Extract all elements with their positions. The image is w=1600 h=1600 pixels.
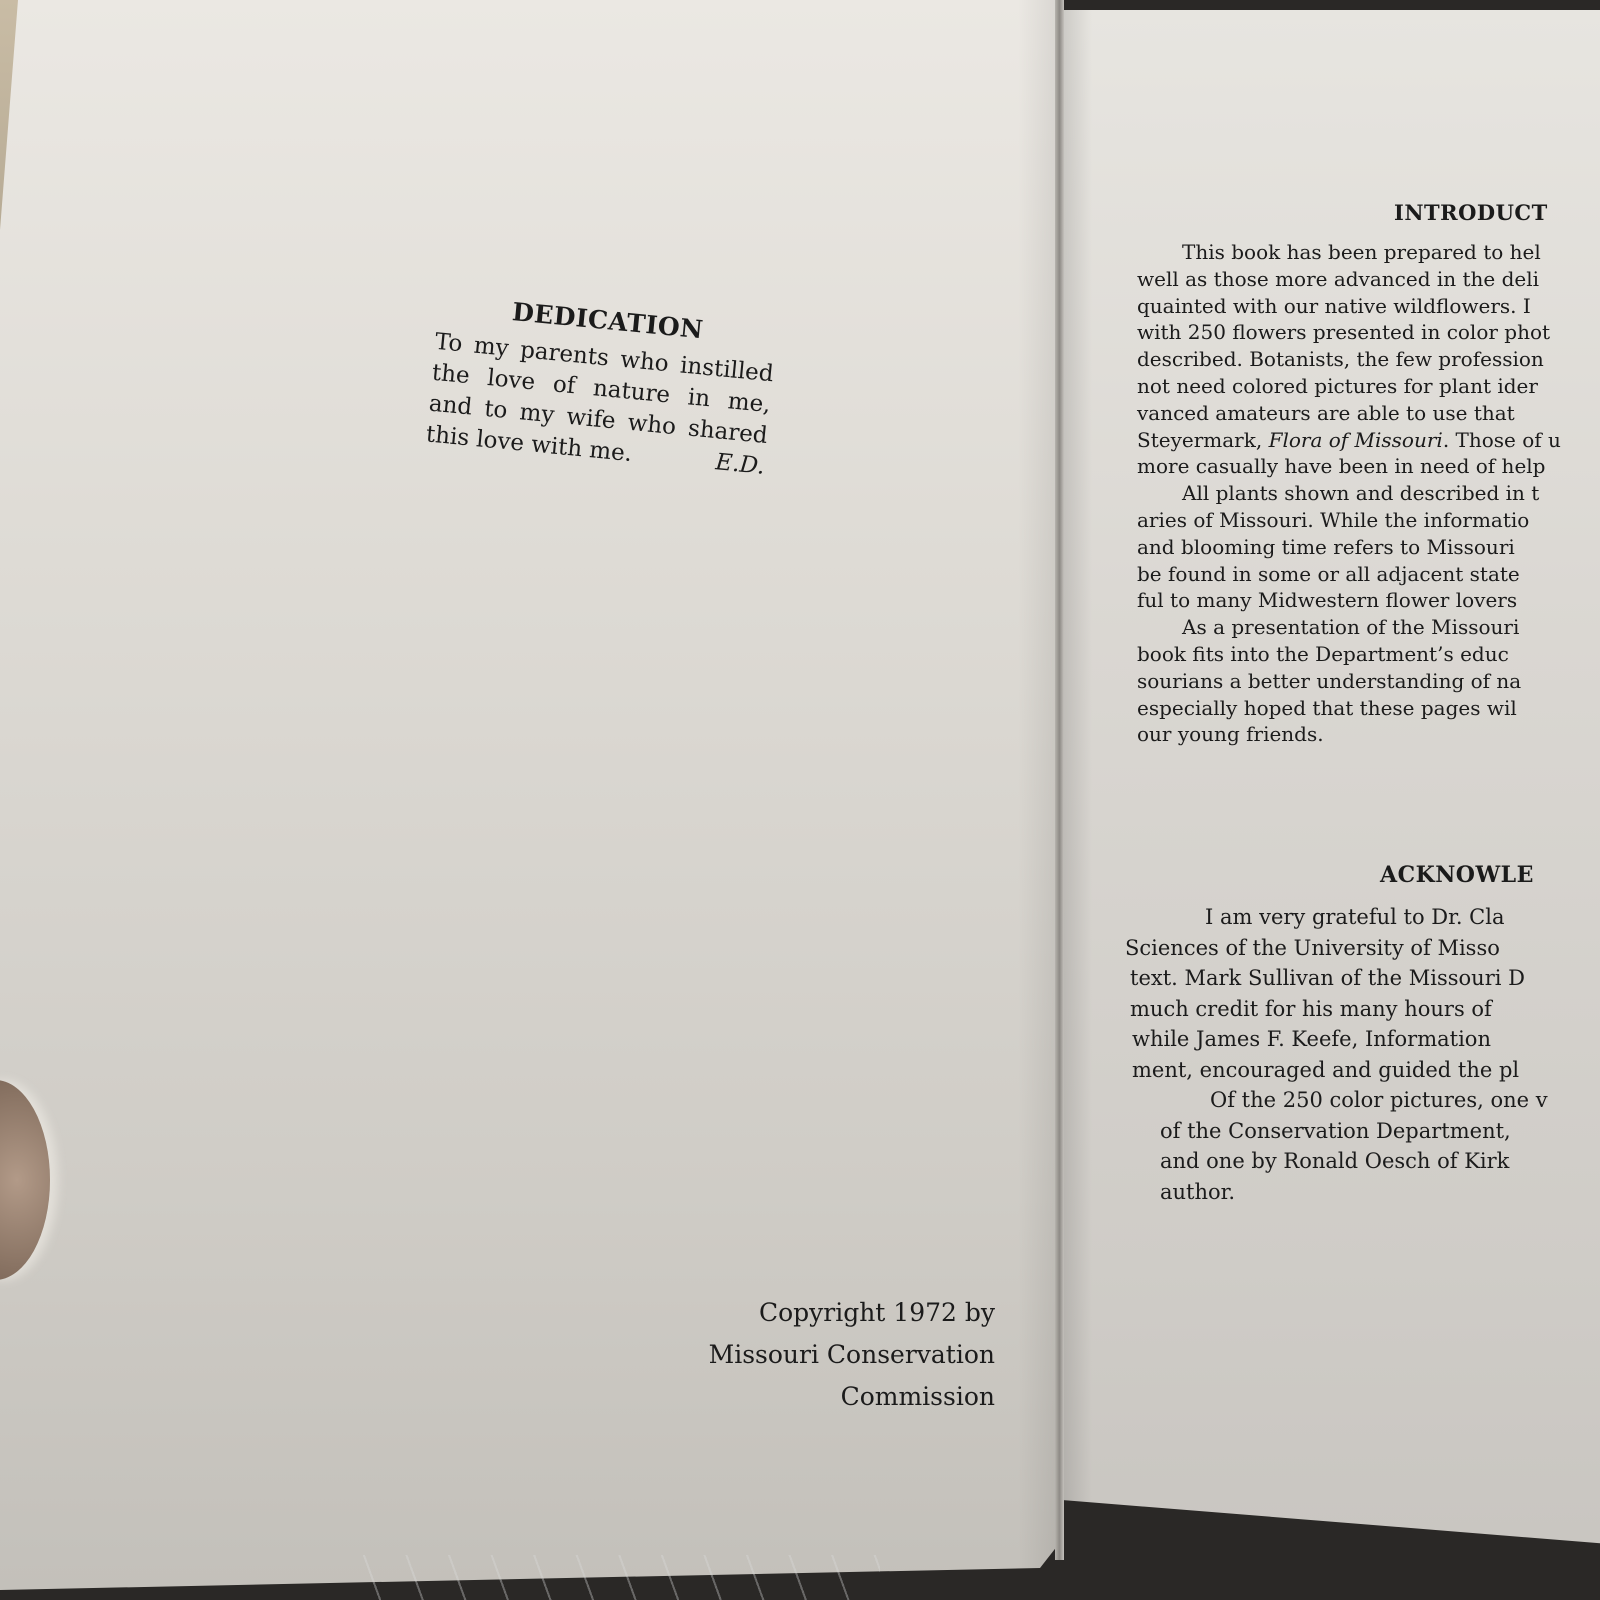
- ack-line: author.: [1125, 1177, 1548, 1208]
- intro-line: be found in some or all adjacent state: [1137, 561, 1561, 588]
- intro-line: not need colored pictures for plant ider: [1137, 373, 1561, 400]
- ack-line: Sciences of the University of Misso: [1125, 933, 1548, 964]
- dedication-signature: E.D.: [714, 447, 766, 483]
- intro-line: and blooming time refers to Missouri: [1137, 534, 1561, 561]
- book-photo-scene: DEDICATION To my parents who instilled t…: [0, 0, 1600, 1600]
- intro-line: our young friends.: [1137, 721, 1561, 748]
- intro-line: well as those more advanced in the deli: [1137, 266, 1561, 293]
- plastic-wrap: [360, 1555, 880, 1600]
- introduction-section: INTRODUCT This book has been prepared to…: [1137, 200, 1561, 748]
- ack-line: while James F. Keefe, Information: [1125, 1024, 1548, 1055]
- intro-line: As a presentation of the Missouri: [1137, 614, 1561, 641]
- ack-line: text. Mark Sullivan of the Missouri D: [1125, 963, 1548, 994]
- ack-line: and one by Ronald Oesch of Kirk: [1125, 1146, 1548, 1177]
- intro-line: quainted with our native wildflowers. I: [1137, 293, 1561, 320]
- intro-line: Steyermark, Flora of Missouri. Those of …: [1137, 427, 1561, 454]
- intro-line: described. Botanists, the few profession: [1137, 346, 1561, 373]
- intro-line: sourians a better understanding of na: [1137, 668, 1561, 695]
- intro-line: This book has been prepared to hel: [1137, 239, 1561, 266]
- copyright-publisher: Missouri Conservation Commission: [560, 1334, 995, 1418]
- introduction-heading: INTRODUCT: [1394, 200, 1561, 225]
- copyright-notice: Copyright 1972 by Missouri Conservation …: [560, 1292, 995, 1418]
- book-gutter: [1055, 0, 1064, 1560]
- intro-line: All plants shown and described in t: [1137, 480, 1561, 507]
- copyright-line: Copyright 1972 by: [560, 1292, 995, 1334]
- intro-line: ful to many Midwestern flower lovers: [1137, 587, 1561, 614]
- intro-line: vanced amateurs are able to use that: [1137, 400, 1561, 427]
- intro-text: . Those of u: [1443, 428, 1561, 452]
- acknowledgements-heading: ACKNOWLE: [1380, 862, 1548, 888]
- ack-line: ment, encouraged and guided the pl: [1125, 1055, 1548, 1086]
- acknowledgements-section: ACKNOWLE I am very grateful to Dr. Cla S…: [1125, 862, 1548, 1207]
- intro-text: Steyermark,: [1137, 428, 1269, 452]
- ack-line: of the Conservation Department,: [1125, 1116, 1548, 1147]
- book-title-flora-of-missouri: Flora of Missouri: [1269, 428, 1443, 452]
- ack-line: I am very grateful to Dr. Cla: [1125, 902, 1548, 933]
- intro-line: more casually have been in need of help: [1137, 453, 1561, 480]
- ack-line: Of the 250 color pictures, one v: [1125, 1085, 1548, 1116]
- intro-line: with 250 flowers presented in color phot: [1137, 319, 1561, 346]
- intro-line: book fits into the Department’s educ: [1137, 641, 1561, 668]
- dedication-block: DEDICATION To my parents who instilled t…: [425, 290, 779, 483]
- intro-line: especially hoped that these pages wil: [1137, 695, 1561, 722]
- intro-line: aries of Missouri. While the informatio: [1137, 507, 1561, 534]
- ack-line: much credit for his many hours of: [1125, 994, 1548, 1025]
